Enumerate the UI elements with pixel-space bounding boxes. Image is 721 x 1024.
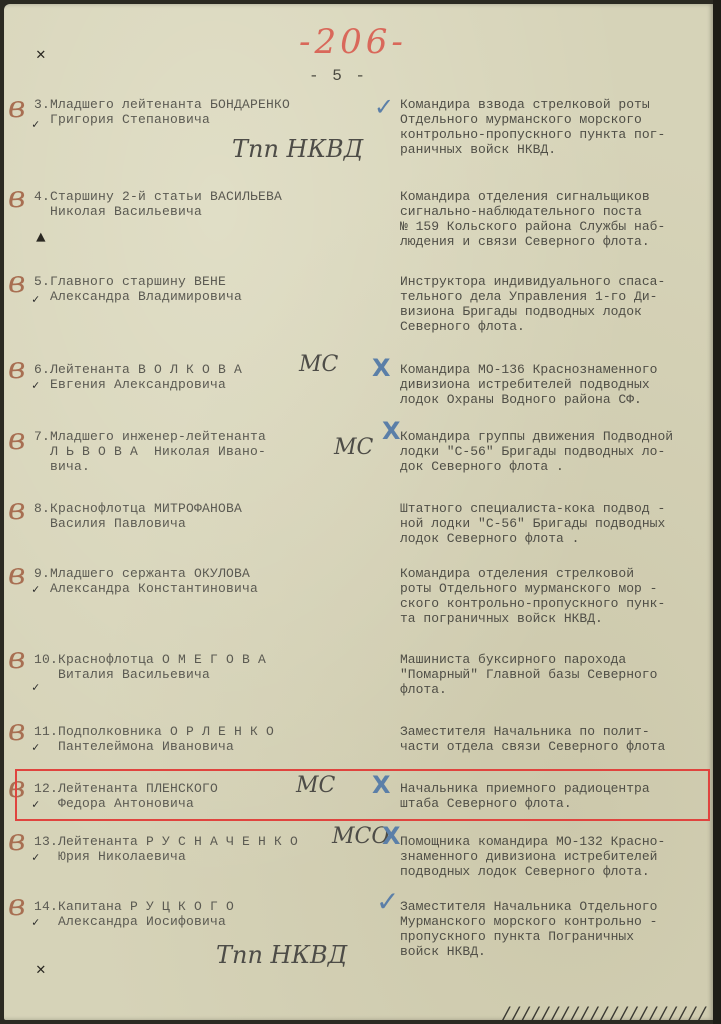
page-number: - 5 - bbox=[309, 67, 367, 85]
recipient-position: Заместителя Начальника по полит- части о… bbox=[400, 724, 720, 754]
handwritten-note: Тпп НКВД bbox=[232, 135, 363, 163]
punch-hole-mark: ✕ bbox=[36, 44, 46, 64]
margin-mark: в bbox=[8, 268, 25, 298]
recipient-name: 8.Краснофлотца МИТРОФАНОВА Василия Павло… bbox=[34, 501, 354, 531]
recipient-name: 11.Подполковника О Р Л Е Н К О Пантелейм… bbox=[34, 724, 354, 754]
handwritten-note: Тпп НКВД bbox=[216, 941, 347, 969]
page-edge bbox=[713, 0, 721, 1024]
punch-hole-mark: ▲ bbox=[36, 229, 46, 247]
margin-mark: в bbox=[8, 354, 25, 384]
margin-mark: в bbox=[8, 826, 25, 856]
handwritten-note: МСО bbox=[332, 824, 389, 849]
margin-mark: в bbox=[8, 93, 25, 123]
margin-mark: в bbox=[8, 644, 25, 674]
recipient-name: 4.Старшину 2-й статьи ВАСИЛЬЕВА Николая … bbox=[34, 189, 354, 219]
document-page: -206- - 5 - ✕ ▲ ✕ в ✓ 3.Младшего лейтена… bbox=[4, 4, 714, 1020]
margin-mark: в bbox=[8, 716, 25, 746]
recipient-position: Заместителя Начальника Отдельного Мурман… bbox=[400, 899, 720, 959]
recipient-position: Командира отделения сигнальщиков сигналь… bbox=[400, 189, 720, 249]
recipient-position: Инструктора индивидуального спаса- тельн… bbox=[400, 274, 720, 334]
recipient-name: 3.Младшего лейтенанта БОНДАРЕНКО Григори… bbox=[34, 97, 354, 127]
recipient-name: 10.Краснофлотца О М Е Г О В А Виталия Ва… bbox=[34, 652, 354, 682]
recipient-position: Командира группы движения Подводной лодк… bbox=[400, 429, 720, 474]
recipient-name: 7.Младшего инженер-лейтенанта Л Ь В О В … bbox=[34, 429, 354, 474]
recipient-name: 13.Лейтенанта Р У С Н А Ч Е Н К О Юрия Н… bbox=[34, 834, 354, 864]
recipient-position: Командира отделения стрелковой роты Отде… bbox=[400, 566, 720, 626]
blue-x-mark: Х bbox=[382, 822, 401, 850]
end-hatch-marks: ///////////////////// bbox=[501, 1006, 707, 1024]
recipient-position: Помощника командира МО-132 Красно- знаме… bbox=[400, 834, 720, 879]
recipient-name: 5.Главного старшину ВЕНЕ Александра Влад… bbox=[34, 274, 354, 304]
recipient-name: 9.Младшего сержанта ОКУЛОВА Александра К… bbox=[34, 566, 354, 596]
recipient-position: Командира взвода стрелковой роты Отдельн… bbox=[400, 97, 720, 157]
blue-x-mark: Х bbox=[382, 417, 401, 445]
recipient-position: Штатного специалиста-кока подвод - ной л… bbox=[400, 501, 720, 546]
check-mark-icon: ✓ bbox=[32, 680, 39, 695]
recipient-position: Командира МО-136 Краснознаменного дивизи… bbox=[400, 362, 720, 407]
punch-hole-mark: ✕ bbox=[36, 959, 46, 979]
blue-x-mark: Х bbox=[372, 354, 391, 382]
blue-check-mark: ✓ bbox=[376, 885, 399, 918]
margin-mark: в bbox=[8, 183, 25, 213]
margin-mark: в bbox=[8, 891, 25, 921]
margin-mark: в bbox=[8, 560, 25, 590]
handwritten-note: МС bbox=[299, 352, 338, 377]
recipient-position: Машиниста буксирного парохода "Помарный"… bbox=[400, 652, 720, 697]
highlight-box bbox=[15, 769, 710, 821]
blue-check-mark: ✓ bbox=[374, 93, 394, 121]
margin-mark: в bbox=[8, 495, 25, 525]
handwritten-note: МС bbox=[334, 435, 373, 460]
archive-sheet-number: -206- bbox=[299, 22, 407, 62]
margin-mark: в bbox=[8, 425, 25, 455]
recipient-name: 14.Капитана Р У Ц К О Г О Александра Иос… bbox=[34, 899, 354, 929]
